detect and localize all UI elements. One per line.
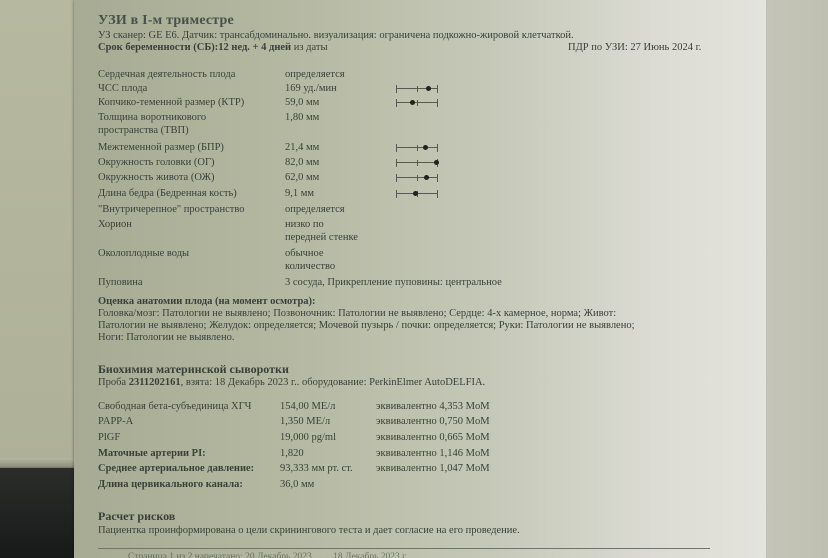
measurement-label: Хорион — [98, 218, 283, 231]
measurement-label: Длина бедра (Бедренная кость) — [98, 187, 283, 200]
sample-prefix: Проба — [98, 377, 129, 388]
gauge-marker — [410, 100, 415, 105]
measurement-value: 9,1 мм — [285, 187, 385, 200]
percentile-gauge — [396, 85, 438, 93]
biochem-mom: эквивалентно 0,665 MoM — [376, 431, 490, 444]
measurement-label: ЧСС плода — [98, 82, 283, 95]
anatomy-line: Патологии не выявлено; Желудок: определя… — [98, 320, 708, 332]
measurement-value: 169 уд./мин — [285, 82, 385, 95]
measurement-value: низко по передней стенке — [285, 218, 360, 244]
sample-suffix: , взята: 18 Декабрь 2023 г.. оборудовани… — [181, 377, 486, 388]
measurement-label: Сердечная деятельность плода — [98, 68, 283, 81]
biochem-value: 1,350 МЕ/л — [280, 415, 370, 428]
gestational-age: Срок беременности (СБ):12 нед. + 4 дней … — [98, 41, 328, 54]
measurement-label: Пуповина — [98, 276, 283, 289]
gauge-marker — [413, 191, 418, 196]
biochem-label: PAPP-A — [98, 415, 278, 428]
anatomy-text: Головка/мозг: Патологии не выявлено; Поз… — [98, 308, 708, 344]
biochem-label: Среднее артериальное давление: — [98, 462, 278, 475]
biochem-value: 36,0 мм — [280, 478, 370, 491]
measurement-label: Межтеменной размер (БПР) — [98, 141, 283, 154]
page-footer: Страница 1 из 2 напечатано: 20 Декабрь 2… — [128, 551, 407, 558]
anatomy-line: Ноги: Патологии не выявлено. — [98, 332, 708, 344]
biochem-value: 154,00 МЕ/л — [280, 400, 370, 413]
anatomy-line: Головка/мозг: Патологии не выявлено; Поз… — [98, 308, 708, 320]
due-date: ПДР по УЗИ: 27 Июнь 2024 г. — [568, 41, 701, 54]
biochemistry-title: Биохимия материнской сыворотки — [98, 363, 289, 376]
report-title: УЗИ в I-м триместре — [98, 14, 234, 27]
risk-title: Расчет рисков — [98, 510, 175, 523]
percentile-gauge — [396, 144, 438, 152]
measurement-value: 59,0 мм — [285, 96, 385, 109]
measurement-value: 62,0 мм — [285, 171, 385, 184]
biochem-value: 93,333 мм рт. ст. — [280, 462, 370, 475]
biochem-value: 1,820 — [280, 447, 370, 460]
measurement-value: 1,80 мм — [285, 111, 385, 124]
biochem-mom: эквивалентно 1,146 MoM — [376, 447, 490, 460]
measurement-label: "Внутричерепное" пространство — [98, 203, 283, 216]
percentile-gauge — [396, 174, 438, 182]
gauge-marker — [426, 86, 431, 91]
measurement-value: 3 сосуда, Прикрепление пуповины: централ… — [285, 276, 605, 289]
measurement-label: Окружность живота (ОЖ) — [98, 171, 283, 184]
biochem-mom: эквивалентно 0,750 MoM — [376, 415, 490, 428]
gauge-marker — [434, 160, 439, 165]
measurement-value: 21,4 мм — [285, 141, 385, 154]
measurement-label: Окружность головки (ОГ) — [98, 156, 283, 169]
biochem-label: Маточные артерии PI: — [98, 447, 278, 460]
biochem-label: Длина цервикального канала: — [98, 478, 278, 491]
percentile-gauge — [396, 99, 438, 107]
measurement-label: Толщина воротникового пространства (ТВП) — [98, 111, 238, 137]
measurement-label: Околоплодные воды — [98, 247, 283, 260]
biochem-mom: эквивалентно 1,047 MoM — [376, 462, 490, 475]
measurement-value: определяется — [285, 68, 385, 81]
biochem-mom: эквивалентно 4,353 MoM — [376, 400, 490, 413]
gestational-age-value: 12 нед. + 4 дней — [218, 42, 291, 53]
biochem-label: PlGF — [98, 431, 278, 444]
percentile-gauge — [396, 159, 438, 167]
measurement-value: обычное количество — [285, 247, 360, 273]
sample-info: Проба 2311202161, взята: 18 Декабрь 2023… — [98, 376, 485, 389]
measurement-value: определяется — [285, 203, 385, 216]
background-shadow — [0, 468, 78, 558]
percentile-gauge — [396, 190, 438, 198]
gestational-age-label: Срок беременности (СБ): — [98, 42, 218, 53]
gestational-age-suffix: из даты — [291, 42, 327, 53]
risk-consent-text: Пациентка проинформирована о цели скрини… — [98, 524, 520, 537]
biochem-value: 19,000 pg/ml — [280, 431, 370, 444]
footer-divider — [98, 548, 710, 549]
biochem-label: Свободная бета-субъединица ХГЧ — [98, 400, 278, 413]
gauge-marker — [423, 145, 428, 150]
measurement-label: Копчико-теменной размер (КТР) — [98, 96, 283, 109]
background-surface — [0, 0, 78, 468]
background-right-strip — [765, 0, 828, 558]
sample-id: 2311202161 — [129, 377, 181, 388]
measurement-value: 82,0 мм — [285, 156, 385, 169]
anatomy-title: Оценка анатомии плода (на момент осмотра… — [98, 295, 316, 308]
gauge-marker — [424, 175, 429, 180]
